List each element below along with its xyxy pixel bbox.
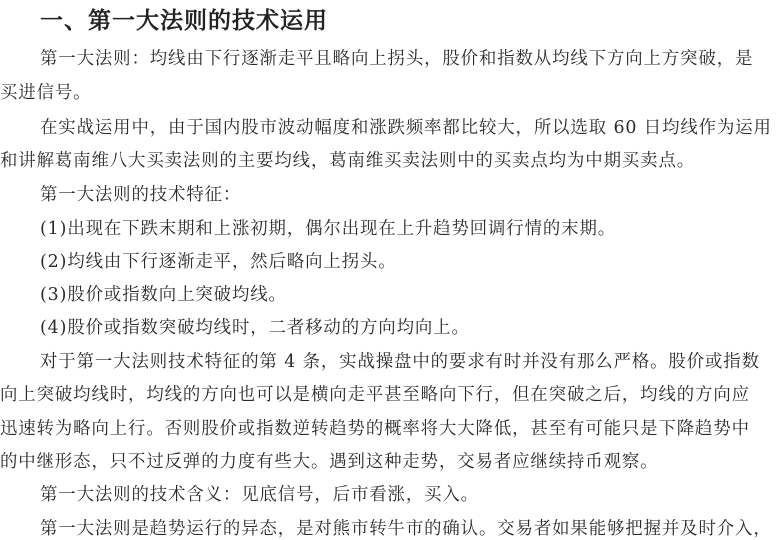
paragraph-line: 第一大法则：均线由下行逐渐走平且略向上拐头，股价和指数从均线下方向上方突破，是 — [0, 48, 778, 70]
paragraph-line: 第一大法则是趋势运行的异态，是对熊市转牛市的确认。交易者如果能够把握并及时介入， — [0, 518, 778, 540]
paragraph-line: 在实战运用中，由于国内股市波动幅度和涨跌频率都比较大，所以选取 60 日均线作为… — [0, 117, 778, 139]
paragraph-line: 第一大法则的技术特征： — [0, 184, 778, 206]
list-item: (2)均线由下行逐渐走平，然后略向上拐头。 — [0, 251, 778, 273]
list-item: (4)股价或指数突破均线时，二者移动的方向均向上。 — [0, 317, 778, 339]
paragraph-line: 买进信号。 — [0, 82, 778, 104]
section-title: 一、第一大法则的技术运用 — [40, 2, 328, 35]
list-item: (1)出现在下跌末期和上涨初期，偶尔出现在上升趋势回调行情的末期。 — [0, 218, 778, 240]
paragraph-line: 向上突破均线时，均线的方向也可以是横向走平甚至略向下行，但在突破之后，均线的方向… — [0, 384, 778, 406]
paragraph-line: 的中继形态，只不过反弹的力度有些大。遇到这种走势，交易者应继续持币观察。 — [0, 451, 778, 473]
list-item: (3)股价或指数向上突破均线。 — [0, 284, 778, 306]
paragraph-line: 对于第一大法则技术特征的第 4 条，实战操盘中的要求有时并没有那么严格。股价或指… — [0, 351, 778, 373]
paragraph-line: 迅速转为略向上行。否则股价或指数逆转趋势的概率将大大降低，甚至有可能只是下降趋势… — [0, 418, 778, 440]
paragraph-line: 和讲解葛南维八大买卖法则的主要均线，葛南维买卖法则中的买卖点均为中期买卖点。 — [0, 150, 778, 172]
paragraph-line: 第一大法则的技术含义：见底信号，后市看涨，买入。 — [0, 484, 778, 506]
